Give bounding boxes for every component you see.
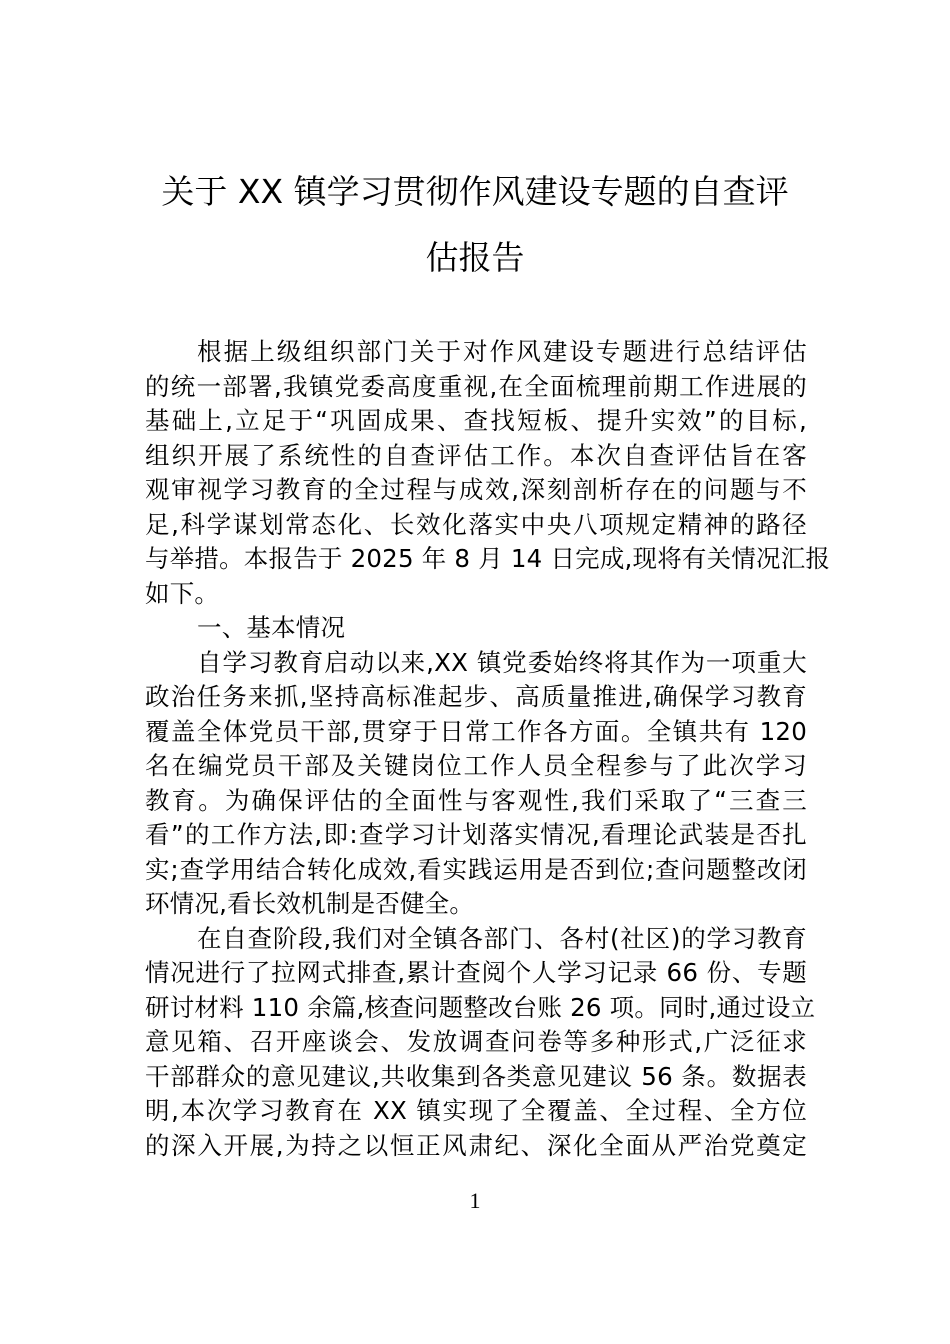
text-line: 如下。 <box>145 577 219 611</box>
text-line: 情况进行了拉网式排查,累计查阅个人学习记录 66 份、专题 <box>145 956 807 990</box>
text-line: 与举措。本报告于 2025 年 8 月 14 日完成,现将有关情况汇报 <box>145 542 807 576</box>
text-line: 的统一部署,我镇党委高度重视,在全面梳理前期工作进展的 <box>145 370 807 404</box>
text-line: 研讨材料 110 余篇,核查问题整改台账 26 项。同时,通过设立 <box>145 991 807 1025</box>
text-line: 在自查阶段,我们对全镇各部门、各村(社区)的学习教育 <box>145 922 807 956</box>
text-line: 看”的工作方法,即:查学习计划落实情况,看理论武装是否扎 <box>145 818 807 852</box>
text-line: 实;查学用结合转化成效,看实践运用是否到位;查问题整改闭 <box>145 853 807 887</box>
text-line: 明,本次学习教育在 XX 镇实现了全覆盖、全过程、全方位 <box>145 1094 807 1128</box>
text-line: 环情况,看长效机制是否健全。 <box>145 887 474 921</box>
text-line: 根据上级组织部门关于对作风建设专题进行总结评估 <box>145 335 807 369</box>
text-line: 干部群众的意见建议,共收集到各类意见建议 56 条。数据表 <box>145 1060 807 1094</box>
text-line: 观审视学习教育的全过程与成效,深刻剖析存在的问题与不 <box>145 473 807 507</box>
title-line-1: 关于 XX 镇学习贯彻作风建设专题的自查评 <box>130 170 820 214</box>
text-line: 覆盖全体党员干部,贯穿于日常工作各方面。全镇共有 120 <box>145 715 807 749</box>
text-line: 基础上,立足于“巩固成果、查找短板、提升实效”的目标, <box>145 404 807 438</box>
page-number: 1 <box>0 1186 950 1216</box>
text-line: 政治任务来抓,坚持高标准起步、高质量推进,确保学习教育 <box>145 680 807 714</box>
document-page: 关于 XX 镇学习贯彻作风建设专题的自查评 估报告 根据上级组织部门关于对作风建… <box>0 0 950 1344</box>
text-line: 意见箱、召开座谈会、发放调查问卷等多种形式,广泛征求 <box>145 1025 807 1059</box>
text-line: 自学习教育启动以来,XX 镇党委始终将其作为一项重大 <box>145 646 807 680</box>
text-line: 的深入开展,为持之以恒正风肃纪、深化全面从严治党奠定 <box>145 1129 807 1163</box>
text-line: 名在编党员干部及关键岗位工作人员全程参与了此次学习 <box>145 749 807 783</box>
title-line-2: 估报告 <box>130 236 820 280</box>
text-line: 足,科学谋划常态化、长效化落实中央八项规定精神的路径 <box>145 508 807 542</box>
text-line: 组织开展了系统性的自查评估工作。本次自查评估旨在客 <box>145 439 807 473</box>
section-heading-basic-situation: 一、基本情况 <box>145 611 345 645</box>
text-line: 教育。为确保评估的全面性与客观性,我们采取了“三查三 <box>145 784 807 818</box>
